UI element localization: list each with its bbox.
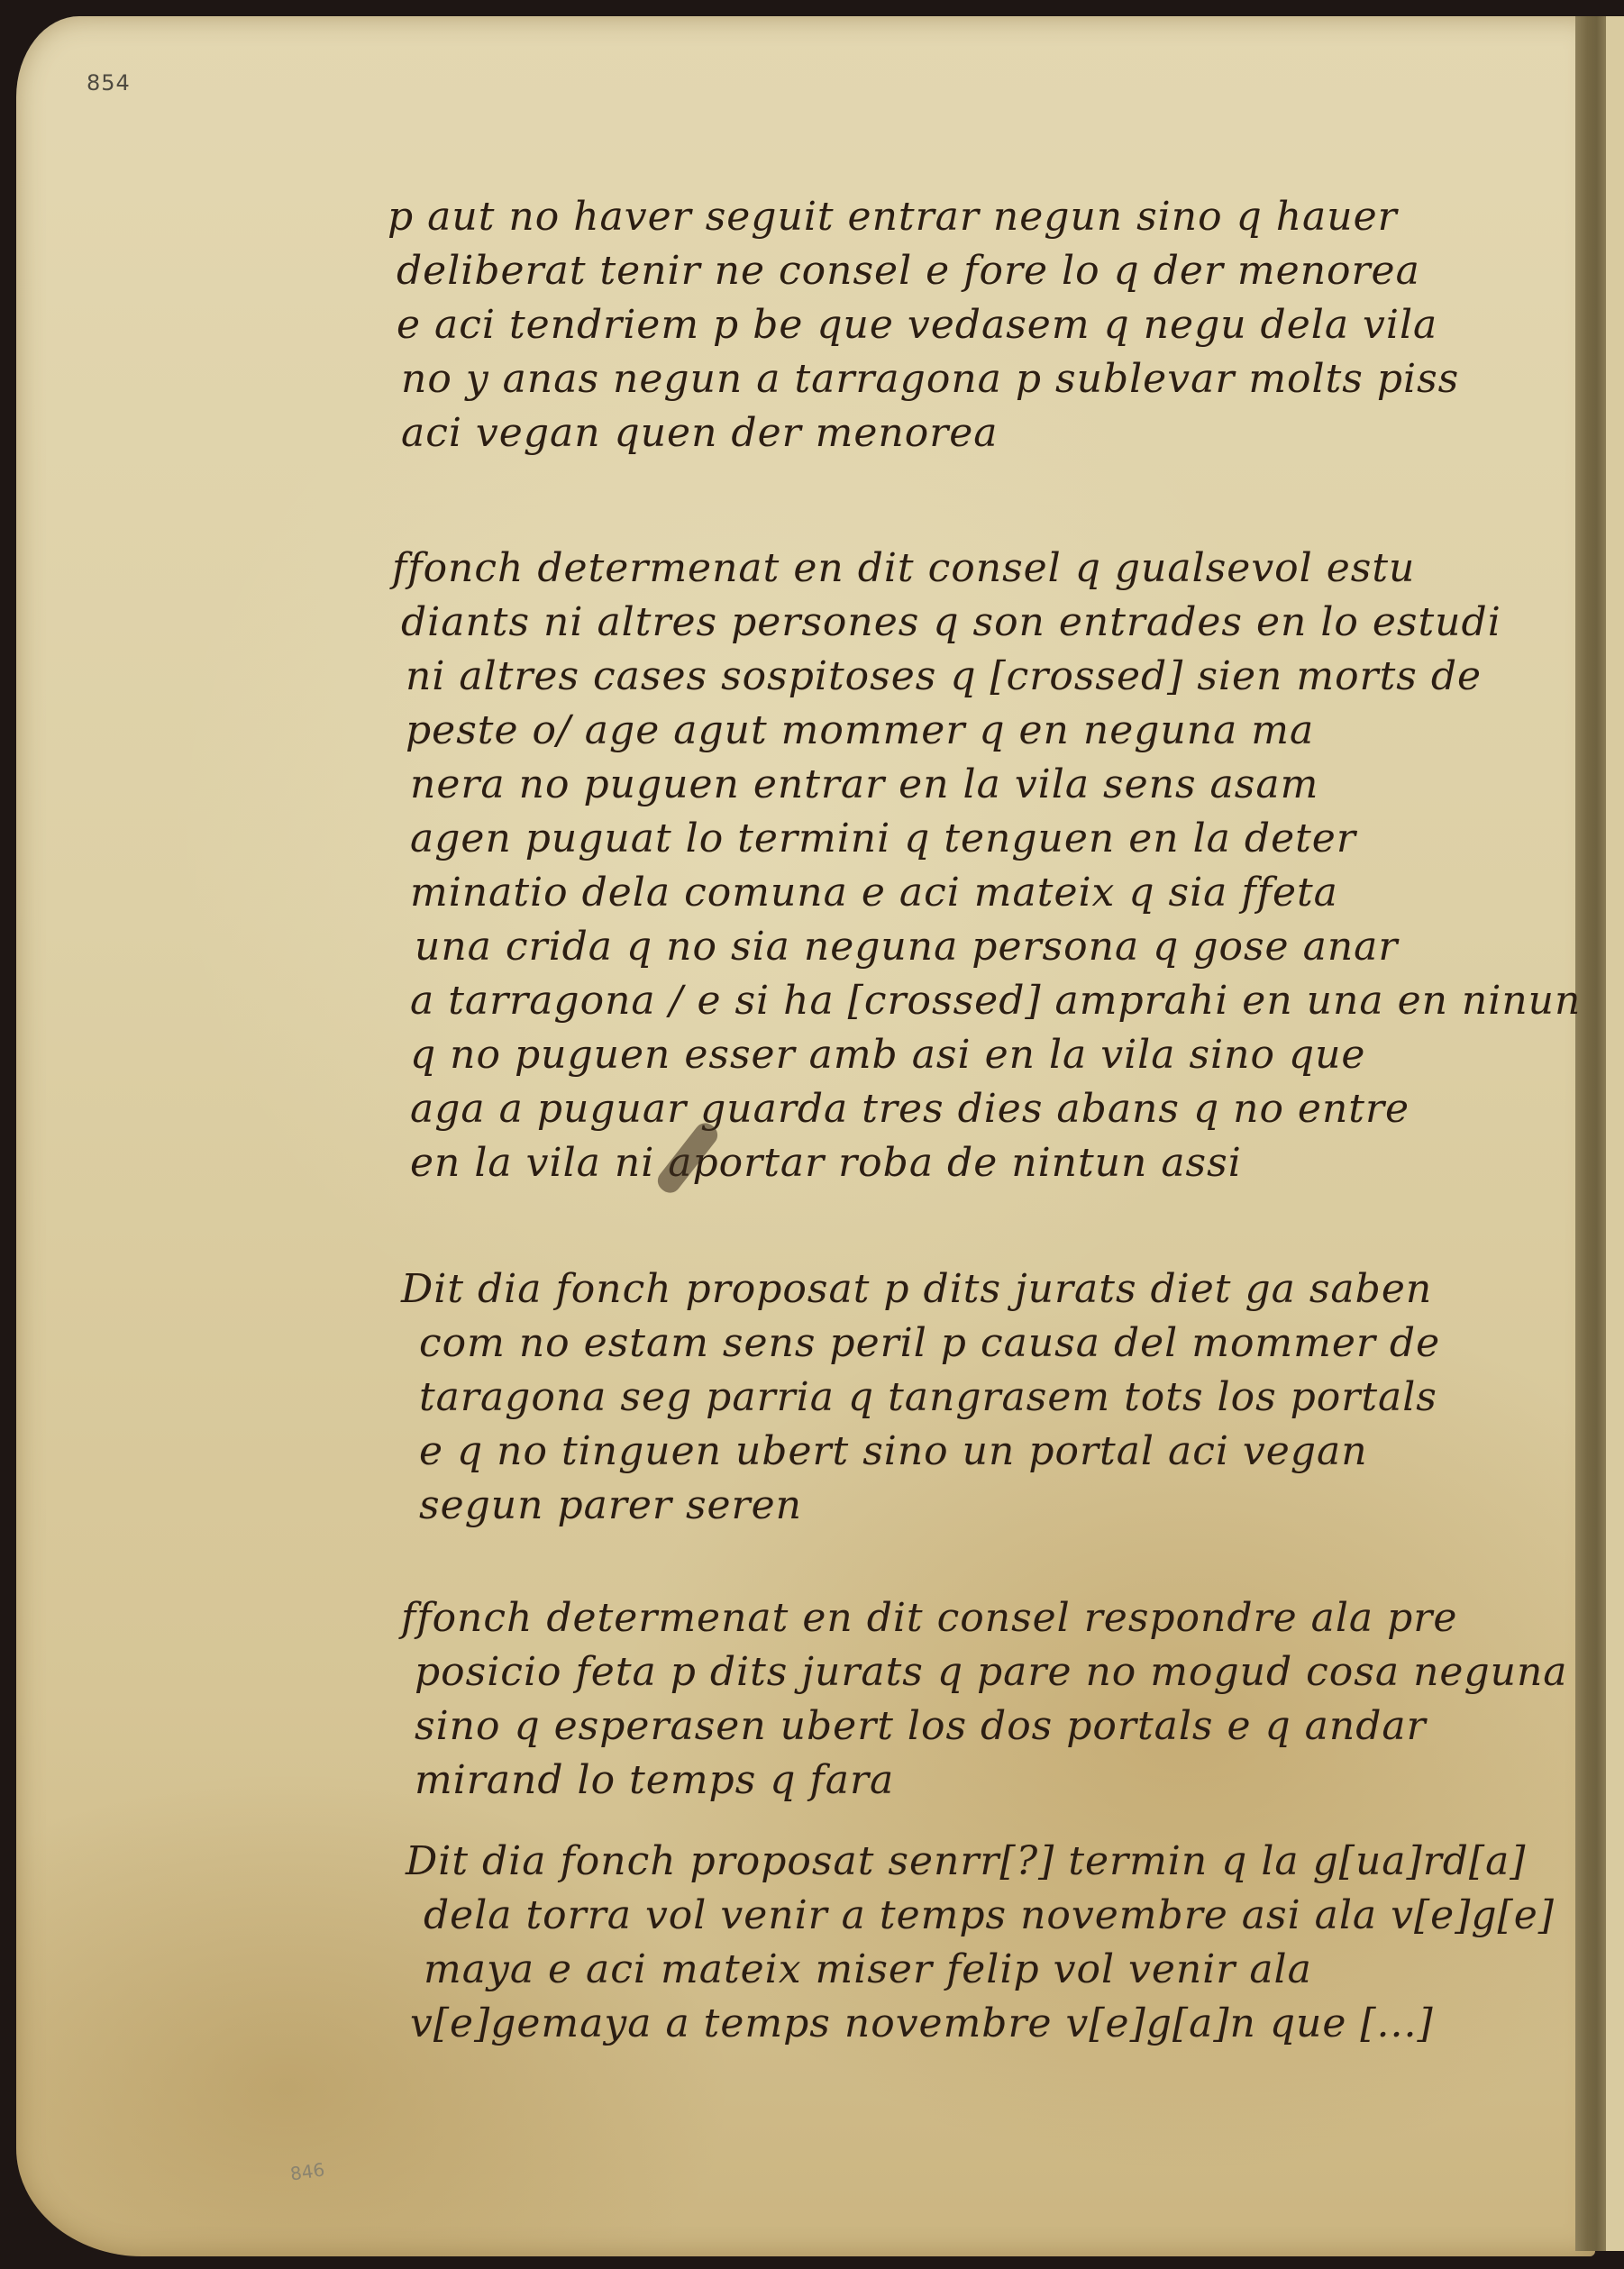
manuscript-line: ffonch determenat en dit consel respondr… xyxy=(401,1595,1457,1641)
manuscript-line: nera no puguen entrar en la vila sens as… xyxy=(410,761,1318,807)
manuscript-line: deliberat tenir ne consel e fore lo q de… xyxy=(397,248,1420,294)
manuscript-line: dela torra vol venir a temps novembre as… xyxy=(424,1892,1555,1938)
manuscript-line: segun parer seren xyxy=(419,1482,802,1528)
manuscript-line: peste o/ age agut mommer q en neguna ma xyxy=(406,707,1314,753)
manuscript-line: en la vila ni aportar roba de nintun ass… xyxy=(410,1140,1242,1186)
manuscript-line: diants ni altres persones q son entrades… xyxy=(401,599,1501,645)
manuscript-line: agen puguat lo termini q tenguen en la d… xyxy=(410,816,1356,861)
folio-number: 854 xyxy=(87,70,131,96)
manuscript-line: minatio dela comuna e aci mateix q sia f… xyxy=(410,870,1338,916)
binding-gutter xyxy=(1575,16,1606,2251)
manuscript-line: sino q esperasen ubert los dos portals e… xyxy=(415,1703,1427,1749)
manuscript-line: posicio feta p dits jurats q pare no mog… xyxy=(415,1649,1568,1695)
manuscript-line: mirand lo temps q fara xyxy=(415,1757,894,1803)
facing-page-edge xyxy=(1606,16,1624,2251)
manuscript-line: ffonch determenat en dit consel q gualse… xyxy=(392,545,1415,591)
manuscript-line: Dit dia fonch proposat p dits jurats die… xyxy=(401,1266,1432,1312)
manuscript-line: ni altres cases sospitoses q [crossed] s… xyxy=(406,653,1482,699)
manuscript-line: com no estam sens peril p causa del momm… xyxy=(419,1320,1440,1366)
manuscript-line: una crida q no sia neguna persona q gose… xyxy=(415,924,1398,970)
manuscript-line: Dit dia fonch proposat senrr[?] termin q… xyxy=(406,1838,1526,1884)
manuscript-line: no y anas negun a tarragona p sublevar m… xyxy=(401,356,1459,402)
manuscript-line: taragona seg parria q tangrasem tots los… xyxy=(419,1374,1437,1420)
manuscript-line: v[e]gemaya a temps novembre v[e]g[a]n qu… xyxy=(410,2000,1434,2046)
manuscript-line: aci vegan quen der menorea xyxy=(401,410,999,456)
manuscript-line: p aut no haver seguit entrar negun sino … xyxy=(388,194,1398,240)
manuscript-line: e q no tinguen ubert sino un portal aci … xyxy=(419,1428,1368,1474)
manuscript-line: aga a puguar guarda tres dies abans q no… xyxy=(410,1086,1410,1132)
manuscript-line: maya e aci mateix miser felip vol venir … xyxy=(424,1946,1312,1992)
manuscript-line: a tarragona / e si ha [crossed] amprahi … xyxy=(410,978,1581,1024)
manuscript-line: e aci tendriem p be que vedasem q negu d… xyxy=(397,302,1437,348)
manuscript-line: q no puguen esser amb asi en la vila sin… xyxy=(410,1032,1365,1078)
